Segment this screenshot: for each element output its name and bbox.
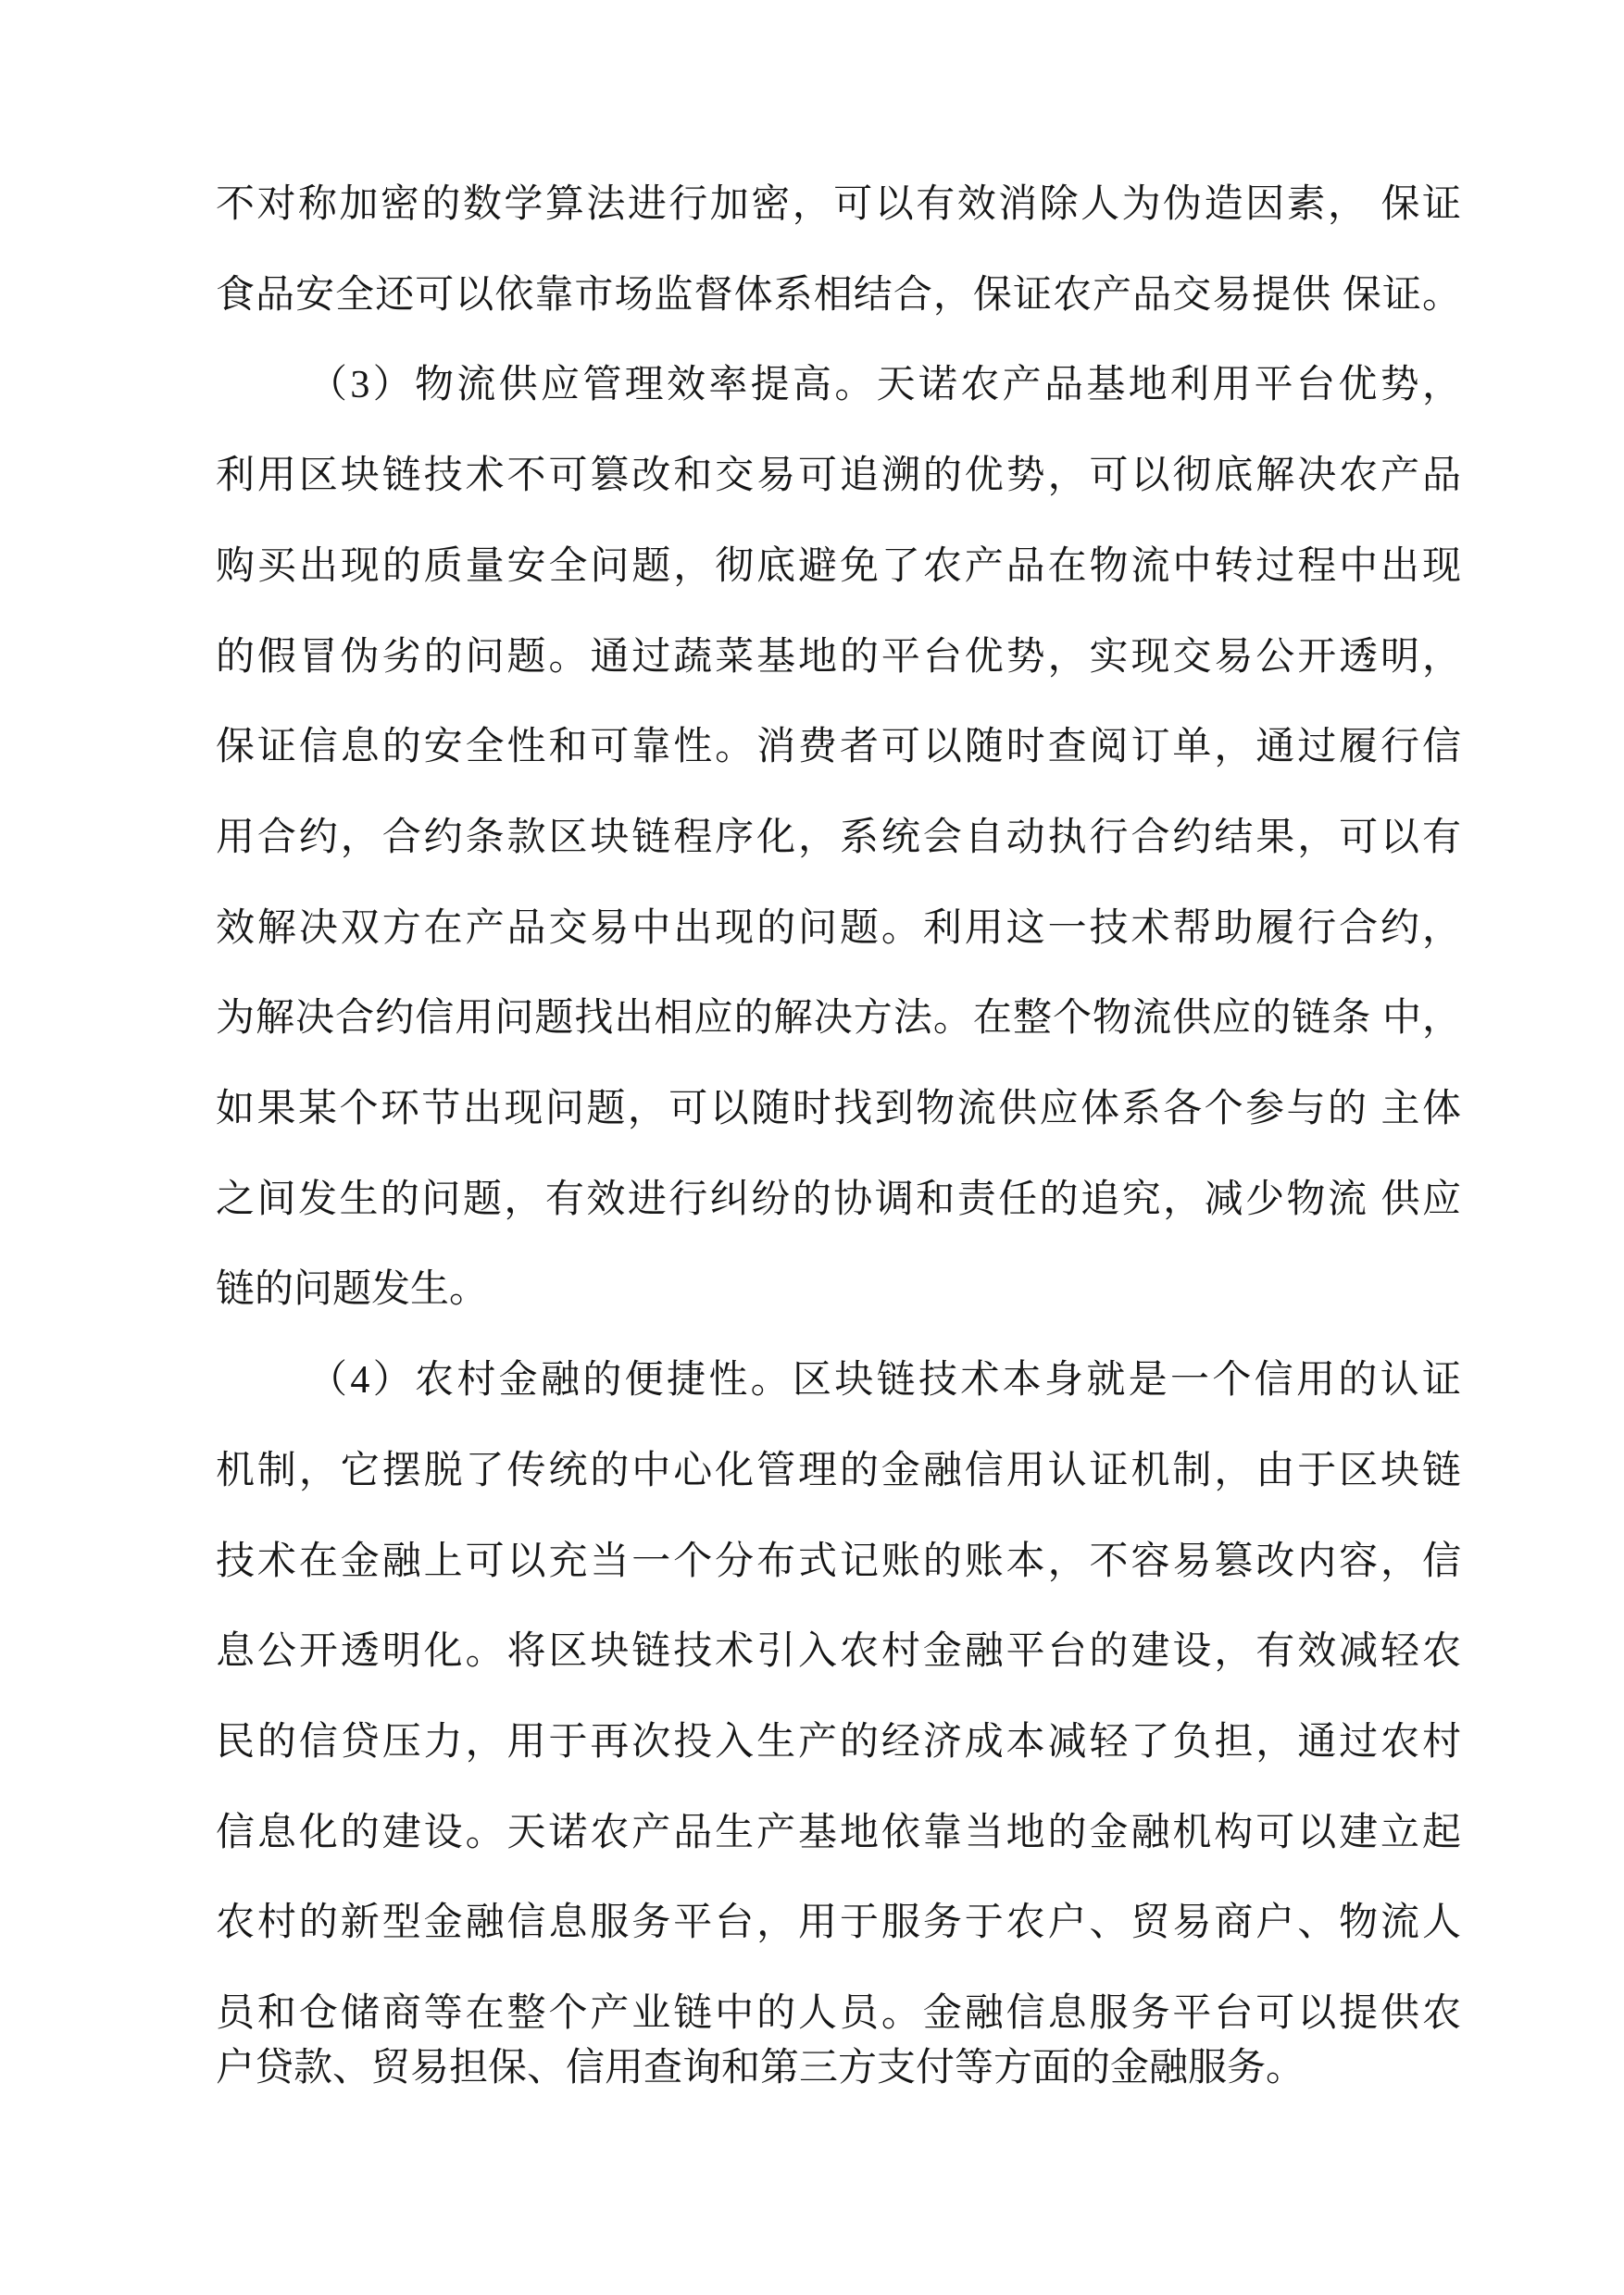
text-line: 民的信贷压力，用于再次投入生产的经济成本减轻了负担，通过农村: [216, 1698, 1461, 1789]
document-body: 不对称加密的数学算法进行加密，可以有效消除人为伪造因素， 保证食品安全还可以依靠…: [216, 160, 1461, 2095]
text-line: （3）物流供应管理效率提高。天诺农产品基地利用平台优势，: [216, 341, 1461, 431]
text-line: 息公开透明化。将区块链技术引入农村金融平台的建设，有效减轻农: [216, 1607, 1461, 1698]
text-line: （4）农村金融的便捷性。区块链技术本身就是一个信用的认证: [216, 1336, 1461, 1427]
text-line: 如果某个环节出现问题，可以随时找到物流供应体系各个参与的 主体: [216, 1065, 1461, 1155]
text-line: 食品安全还可以依靠市场监督体系相结合，保证农产品交易提供 保证。: [216, 251, 1461, 342]
text-line: 效解决双方在产品交易中出现的问题。利用这一技术帮助履行合约，: [216, 884, 1461, 975]
text-line: 保证信息的安全性和可靠性。消费者可以随时查阅订单，通过履行信: [216, 703, 1461, 793]
text-line: 链的问题发生。: [216, 1245, 1461, 1336]
document-page: 不对称加密的数学算法进行加密，可以有效消除人为伪造因素， 保证食品安全还可以依靠…: [0, 0, 1624, 2295]
text-line: 的假冒伪劣的问题。通过蔬菜基地的平台优势，实现交易公开透明，: [216, 613, 1461, 704]
text-line: 农村的新型金融信息服务平台，用于服务于农户、贸易商户、物流人: [216, 1878, 1461, 1969]
text-line: 为解决合约信用问题找出相应的解决方法。在整个物流供应的链条 中，: [216, 974, 1461, 1065]
text-line: 机制，它摆脱了传统的中心化管理的金融信用认证机制，由于区块链: [216, 1427, 1461, 1517]
text-line: 利用区块链技术不可篡改和交易可追溯的优势，可以彻底解决农产品: [216, 431, 1461, 522]
text-line: 户贷款、贸易担保、信用查询和第三方支付等方面的金融服务。: [216, 2042, 1461, 2095]
text-line: 技术在金融上可以充当一个分布式记账的账本，不容易篡改内容，信: [216, 1517, 1461, 1608]
text-line: 不对称加密的数学算法进行加密，可以有效消除人为伪造因素， 保证: [216, 160, 1461, 251]
text-line: 购买出现的质量安全问题，彻底避免了农产品在物流中转过程中出现: [216, 522, 1461, 613]
text-line: 用合约，合约条款区块链程序化，系统会自动执行合约结果，可以有: [216, 793, 1461, 884]
text-line: 信息化的建设。天诺农产品生产基地依靠当地的金融机构可以建立起: [216, 1789, 1461, 1879]
text-line: 之间发生的问题，有效进行纠纷的协调和责任的追究，减少物流 供应: [216, 1155, 1461, 1246]
